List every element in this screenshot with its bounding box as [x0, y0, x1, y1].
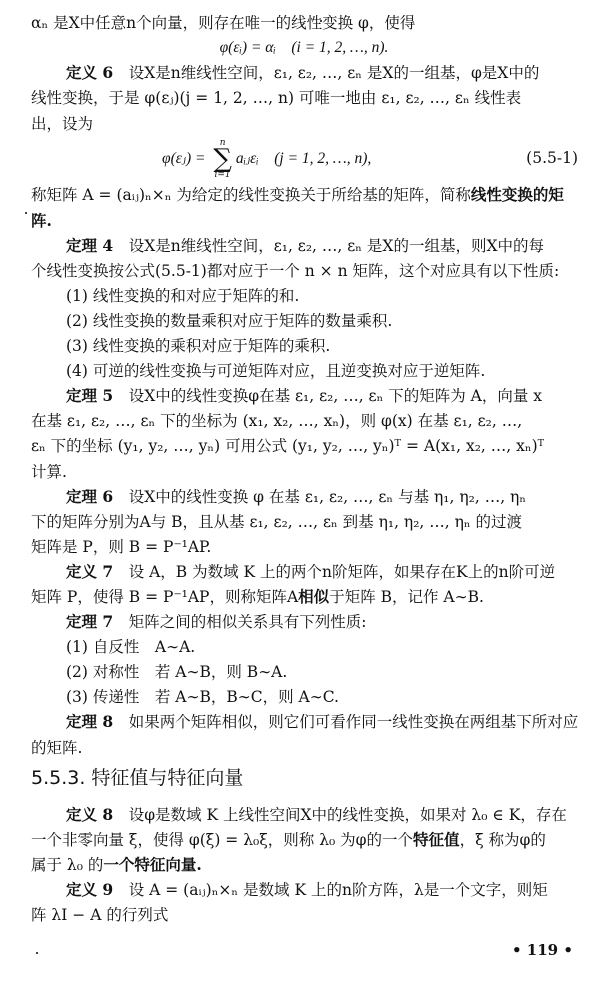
- text: 设X中的线性变换 φ 在基 ε₁, ε₂, …, εₙ 与基 η₁, η₂, ……: [113, 488, 526, 506]
- text-line: 计算.: [31, 462, 67, 482]
- text: 如果两个矩阵相似，则它们可看作同一线性变换在两组基下所对应: [113, 713, 578, 731]
- text-line: 属于 λ₀ 的一个特征向量.: [31, 855, 202, 875]
- term: 一个特征向量.: [103, 855, 201, 874]
- text: 设X是n维线性空间，ε₁, ε₂, …, εₙ 是X的一组基，则X中的每: [113, 237, 544, 255]
- definition-7: 定义 7 设 A，B 为数域 K 上的两个n阶矩阵，如果存在K上的n阶可逆: [66, 562, 555, 582]
- sigma-icon: ∑: [213, 148, 232, 170]
- theorem-6: 定理 6 设X中的线性变换 φ 在基 ε₁, ε₂, …, εₙ 与基 η₁, …: [66, 487, 526, 507]
- list-item: (2) 线性变换的数量乘积对应于矩阵的数量乘积.: [66, 311, 392, 331]
- definition-label: 定义 8: [66, 805, 113, 824]
- text-line: 出，设为: [31, 114, 93, 134]
- text: ，ξ 称为φ的: [460, 831, 546, 849]
- definition-label: 定义 9: [66, 880, 113, 899]
- text-line: 阵.: [31, 211, 52, 231]
- definition-9: 定义 9 设 A = (aᵢⱼ)ₙ×ₙ 是数域 K 上的n阶方阵，λ是一个文字，…: [66, 880, 548, 900]
- text: 于矩阵 B，记作 A∼B.: [329, 588, 484, 606]
- theorem-8: 定理 8 如果两个矩阵相似，则它们可看作同一线性变换在两组基下所对应: [66, 712, 578, 732]
- text: 设 A = (aᵢⱼ)ₙ×ₙ 是数域 K 上的n阶方阵，λ是一个文字，则矩: [113, 881, 548, 899]
- definition-8: 定义 8 设φ是数域 K 上线性空间X中的线性变换，如果对 λ₀ ∈ K，存在: [66, 805, 567, 825]
- sum-lower: i=1: [213, 170, 232, 180]
- list-item: (3) 线性变换的乘积对应于矩阵的乘积.: [66, 336, 330, 356]
- text-line: 阵 λI − A 的行列式: [31, 905, 168, 925]
- scan-speck: [25, 212, 27, 214]
- equation-5-5-1: φ(εⱼ) = n∑i=1aᵢⱼεᵢ (j = 1, 2, …, n),: [162, 138, 371, 180]
- term: 线性变换的矩: [471, 185, 564, 204]
- term: 特征值: [413, 830, 460, 849]
- section-heading: 5.5.3. 特征值与特征向量: [31, 768, 243, 788]
- theorem-4: 定理 4 设X是n维线性空间，ε₁, ε₂, …, εₙ 是X的一组基，则X中的…: [66, 236, 544, 256]
- text: 属于 λ₀ 的: [31, 856, 103, 874]
- list-item: (1) 线性变换的和对应于矩阵的和.: [66, 286, 299, 306]
- theorem-label: 定理 4: [66, 236, 113, 255]
- theorem-label: 定理 8: [66, 712, 113, 731]
- text-line: 下的矩阵分别为A与 B，且从基 ε₁, ε₂, …, εₙ 到基 η₁, η₂,…: [31, 512, 522, 532]
- text: 矩阵 P，使得 B = P⁻¹AP，则称矩阵A: [31, 588, 298, 606]
- text: 设φ是数域 K 上线性空间X中的线性变换，如果对 λ₀ ∈ K，存在: [113, 806, 567, 824]
- text-line: αₙ 是X中任意n个向量，则存在唯一的线性变换 φ，使得: [31, 13, 415, 33]
- definition-label: 定义 6: [66, 63, 113, 82]
- list-item: (4) 可逆的线性变换与可逆矩阵对应，且逆变换对应于逆矩阵.: [66, 361, 485, 381]
- list-item: (2) 对称性 若 A∼B，则 B∼A.: [66, 662, 287, 682]
- theorem-label: 定理 6: [66, 487, 113, 506]
- theorem-label: 定理 7: [66, 612, 113, 631]
- text: 设X是n维线性空间，ε₁, ε₂, …, εₙ 是X的一组基，φ是X中的: [113, 64, 539, 82]
- text-line: εₙ 下的坐标 (y₁, y₂, …, yₙ) 可用公式 (y₁, y₂, …,…: [31, 436, 544, 456]
- text: 矩阵之间的相似关系具有下列性质:: [113, 613, 366, 631]
- equation: φ(εᵢ) = αᵢ (i = 1, 2, …, n).: [0, 38, 608, 58]
- theorem-5: 定理 5 设X中的线性变换φ在基 ε₁, ε₂, …, εₙ 下的矩阵为 A，向…: [66, 386, 542, 406]
- text: 设 A，B 为数域 K 上的两个n阶矩阵，如果存在K上的n阶可逆: [113, 563, 555, 581]
- text: 称矩阵 A = (aᵢⱼ)ₙ×ₙ 为给定的线性变换关于所给基的矩阵，简称: [31, 186, 471, 204]
- definition-label: 定义 7: [66, 562, 113, 581]
- summation: n∑i=1: [213, 138, 232, 180]
- term: 阵.: [31, 211, 52, 230]
- text-line: 矩阵是 P，则 B = P⁻¹AP.: [31, 537, 211, 557]
- theorem-7: 定理 7 矩阵之间的相似关系具有下列性质:: [66, 612, 366, 632]
- text: 设X中的线性变换φ在基 ε₁, ε₂, …, εₙ 下的矩阵为 A，向量 x: [113, 387, 542, 405]
- equation-number: (5.5-1): [526, 148, 578, 168]
- text-line: 个线性变换按公式(5.5-1)都对应于一个 n × n 矩阵，这个对应具有以下性…: [31, 261, 559, 281]
- text-line: 称矩阵 A = (aᵢⱼ)ₙ×ₙ 为给定的线性变换关于所给基的矩阵，简称线性变换…: [31, 185, 564, 205]
- term: 相似: [298, 587, 329, 606]
- scan-speck: [36, 952, 38, 954]
- text-line: 在基 ε₁, ε₂, …, εₙ 下的坐标为 (x₁, x₂, …, xₙ)，则…: [31, 411, 522, 431]
- equation-lhs: φ(εⱼ) =: [162, 150, 209, 167]
- text-line: 一个非零向量 ξ，使得 φ(ξ) = λ₀ξ，则称 λ₀ 为φ的一个特征值，ξ …: [31, 830, 546, 850]
- text-line: 线性变换，于是 φ(εⱼ)(j = 1, 2, …, n) 可唯一地由 ε₁, …: [31, 88, 521, 108]
- theorem-label: 定理 5: [66, 386, 113, 405]
- list-item: (3) 传递性 若 A∼B，B∼C，则 A∼C.: [66, 687, 339, 707]
- text-line: 矩阵 P，使得 B = P⁻¹AP，则称矩阵A相似于矩阵 B，记作 A∼B.: [31, 587, 484, 607]
- list-item: (1) 自反性 A∼A.: [66, 637, 195, 657]
- equation-rhs: aᵢⱼεᵢ (j = 1, 2, …, n),: [236, 150, 371, 167]
- page-number: • 119 •: [512, 940, 573, 960]
- text-line: 的矩阵.: [31, 738, 82, 758]
- text: 一个非零向量 ξ，使得 φ(ξ) = λ₀ξ，则称 λ₀ 为φ的一个: [31, 831, 413, 849]
- scan-speck: [320, 20, 322, 22]
- definition-6: 定义 6 设X是n维线性空间，ε₁, ε₂, …, εₙ 是X的一组基，φ是X中…: [66, 63, 539, 83]
